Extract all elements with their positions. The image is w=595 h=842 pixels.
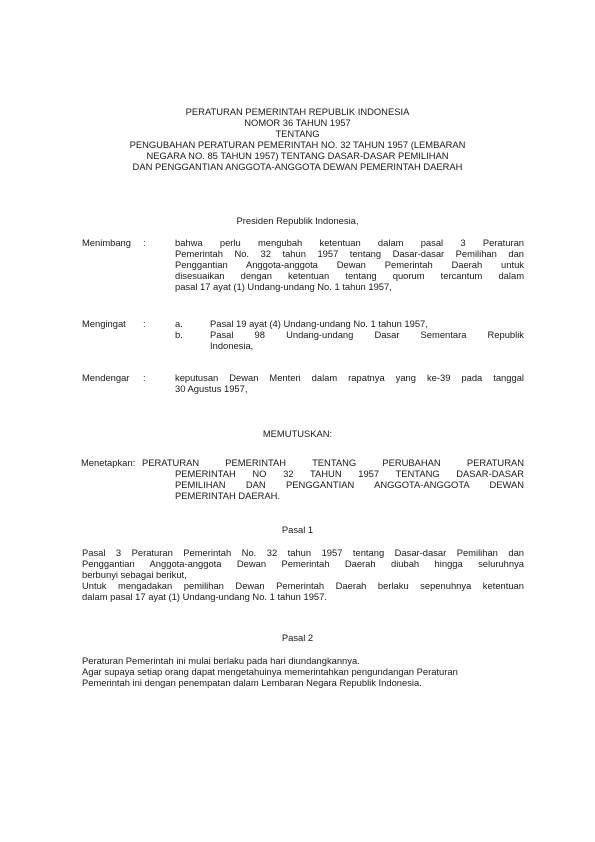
menimbang-text: bahwa perlu mengubah ketentuan dalam pas… [175, 237, 524, 292]
text-line: Pemerintah No. 32 tahun 1957 tentang Das… [175, 248, 524, 259]
pasal-1-heading: Pasal 1 [60, 524, 535, 535]
title-subject-line: NEGARA NO. 85 TAHUN 1957) TENTANG DASAR-… [60, 150, 535, 161]
text-line: bahwa perlu mengubah ketentuan dalam pas… [175, 237, 524, 248]
mengingat-colon: : [143, 318, 146, 329]
pasal-2-text: Peraturan Pemerintah ini mulai berlaku p… [82, 655, 524, 688]
text-line: PEMERINTAH DAERAH. [175, 490, 524, 501]
menetapkan-label: Menetapkan: [81, 457, 135, 468]
document-title: PERATURAN PEMERINTAH REPUBLIK INDONESIA … [60, 106, 535, 172]
text-line: Pasal 19 ayat (4) Undang-undang No. 1 ta… [210, 318, 524, 329]
menetapkan-first-line: PERATURAN PEMERINTAH TENTANG PERUBAHAN P… [142, 457, 524, 468]
menimbang-label: Menimbang [82, 237, 131, 248]
text-line: Pasal 98 Undang-undang Dasar Sementara R… [210, 329, 524, 340]
text-line: Indonesia, [210, 340, 524, 351]
text-line: PEMILIHAN DAN PENGGANTIAN ANGGOTA-ANGGOT… [175, 479, 524, 490]
title-subject-line: DAN PENGGANTIAN ANGGOTA-ANGGOTA DEWAN PE… [60, 161, 535, 172]
text-line: dalam pasal 17 ayat (1) Undang-undang No… [82, 591, 524, 602]
pasal-1-text: Pasal 3 Peraturan Pemerintah No. 32 tahu… [82, 547, 524, 602]
text-line: Untuk mengadakan pemilihan Dewan Pemerin… [82, 580, 524, 591]
title-subject-line: PENGUBAHAN PERATURAN PEMERINTAH NO. 32 T… [60, 139, 535, 150]
text-line: Pasal 3 Peraturan Pemerintah No. 32 tahu… [82, 547, 524, 558]
opening-line: Presiden Republik Indonesia, [60, 215, 535, 226]
mendengar-label: Mendengar [82, 372, 129, 383]
text-line: berbunyi sebagai berikut, [82, 569, 524, 580]
text-line: Pemerintah ini dengan penempatan dalam L… [82, 677, 524, 688]
mendengar-text: keputusan Dewan Menteri dalam rapatnya y… [175, 372, 524, 394]
text-line: keputusan Dewan Menteri dalam rapatnya y… [175, 372, 524, 383]
menetapkan-text: PEMERINTAH NO 32 TAHUN 1957 TENTANG DASA… [175, 468, 524, 501]
title-tentang: TENTANG [60, 128, 535, 139]
item-marker-a: a. [175, 318, 183, 329]
title-line: PERATURAN PEMERINTAH REPUBLIK INDONESIA [60, 106, 535, 117]
pasal-2-heading: Pasal 2 [60, 632, 535, 643]
item-marker-b: b. [175, 329, 183, 340]
text-line: pasal 17 ayat (1) Undang-undang No. 1 ta… [175, 281, 524, 292]
mengingat-label: Mengingat [82, 318, 126, 329]
text-line: Penggantian Anggota-anggota Dewan Pemeri… [82, 558, 524, 569]
title-number: NOMOR 36 TAHUN 1957 [60, 117, 535, 128]
text-line: Peraturan Pemerintah ini mulai berlaku p… [82, 655, 524, 666]
memutuskan-heading: MEMUTUSKAN: [60, 428, 535, 439]
text-line: disesuaikan dengan ketentuan tentang quo… [175, 270, 524, 281]
mendengar-colon: : [143, 372, 146, 383]
text-line: Agar supaya setiap orang dapat mengetahu… [82, 666, 524, 677]
mengingat-item-b: Pasal 98 Undang-undang Dasar Sementara R… [210, 329, 524, 351]
text-line: PERATURAN PEMERINTAH TENTANG PERUBAHAN P… [142, 457, 524, 468]
text-line: PEMERINTAH NO 32 TAHUN 1957 TENTANG DASA… [175, 468, 524, 479]
text-line: 30 Agustus 1957, [175, 383, 524, 394]
mengingat-item-a: Pasal 19 ayat (4) Undang-undang No. 1 ta… [210, 318, 524, 329]
menimbang-colon: : [143, 237, 146, 248]
text-line: Penggantian Anggota-anggota Dewan Pemeri… [175, 259, 524, 270]
